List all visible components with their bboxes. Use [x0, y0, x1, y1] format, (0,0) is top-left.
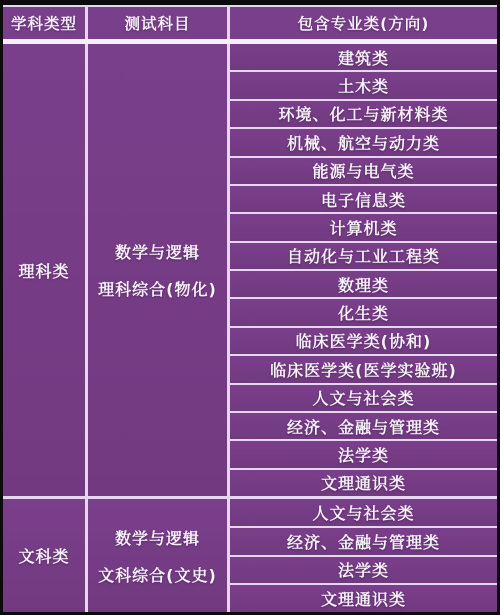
major-row: 文理通识类	[230, 585, 497, 612]
header-included-majors: 包含专业类(方向)	[230, 7, 497, 39]
major-row: 计算机类	[230, 214, 497, 242]
major-row: 能源与电气类	[230, 158, 497, 186]
major-row: 电子信息类	[230, 186, 497, 214]
major-row: 化生类	[230, 299, 497, 327]
major-row: 环境、化工与新材料类	[230, 101, 497, 129]
major-row: 人文与社会类	[230, 499, 497, 528]
science-test-subjects: 数学与逻辑 理科综合(物化)	[88, 44, 230, 496]
major-row: 机械、航空与动力类	[230, 129, 497, 157]
science-test-subject-line: 理科综合(物化)	[98, 277, 217, 300]
science-subject-type: 理科类	[3, 44, 88, 496]
major-row: 建筑类	[230, 44, 497, 72]
major-row: 数理类	[230, 271, 497, 299]
major-row: 土木类	[230, 72, 497, 100]
screenshot-stage: 学科类型 测试科目 包含专业类(方向) 理科类 数学与逻辑 理科综合(物化) 建…	[0, 0, 500, 615]
major-row: 文理通识类	[230, 470, 497, 496]
liberal-test-subject-line: 文科综合(文史)	[98, 563, 217, 586]
liberal-test-subject-line: 数学与逻辑	[115, 526, 200, 549]
header-subject-type: 学科类型	[3, 7, 88, 39]
major-row: 临床医学类(医学实验班)	[230, 356, 497, 384]
major-row: 经济、金融与管理类	[230, 413, 497, 441]
major-row: 人文与社会类	[230, 385, 497, 413]
major-row: 法学类	[230, 441, 497, 469]
subject-majors-table: 学科类型 测试科目 包含专业类(方向) 理科类 数学与逻辑 理科综合(物化) 建…	[3, 5, 497, 612]
major-row: 自动化与工业工程类	[230, 243, 497, 271]
liberal-subject-type: 文科类	[3, 499, 88, 612]
major-row: 法学类	[230, 557, 497, 586]
liberal-test-subjects: 数学与逻辑 文科综合(文史)	[88, 499, 230, 612]
liberal-majors-list: 人文与社会类 经济、金融与管理类 法学类 文理通识类	[230, 499, 497, 612]
major-row: 临床医学类(协和)	[230, 328, 497, 356]
science-majors-list: 建筑类 土木类 环境、化工与新材料类 机械、航空与动力类 能源与电气类 电子信息…	[230, 44, 497, 496]
header-test-subjects: 测试科目	[88, 7, 230, 39]
table-header-row: 学科类型 测试科目 包含专业类(方向)	[3, 7, 497, 44]
section-liberal-arts: 文科类 数学与逻辑 文科综合(文史) 人文与社会类 经济、金融与管理类 法学类 …	[3, 499, 497, 612]
major-row: 经济、金融与管理类	[230, 528, 497, 557]
science-test-subject-line: 数学与逻辑	[115, 240, 200, 263]
section-science: 理科类 数学与逻辑 理科综合(物化) 建筑类 土木类 环境、化工与新材料类 机械…	[3, 44, 497, 499]
